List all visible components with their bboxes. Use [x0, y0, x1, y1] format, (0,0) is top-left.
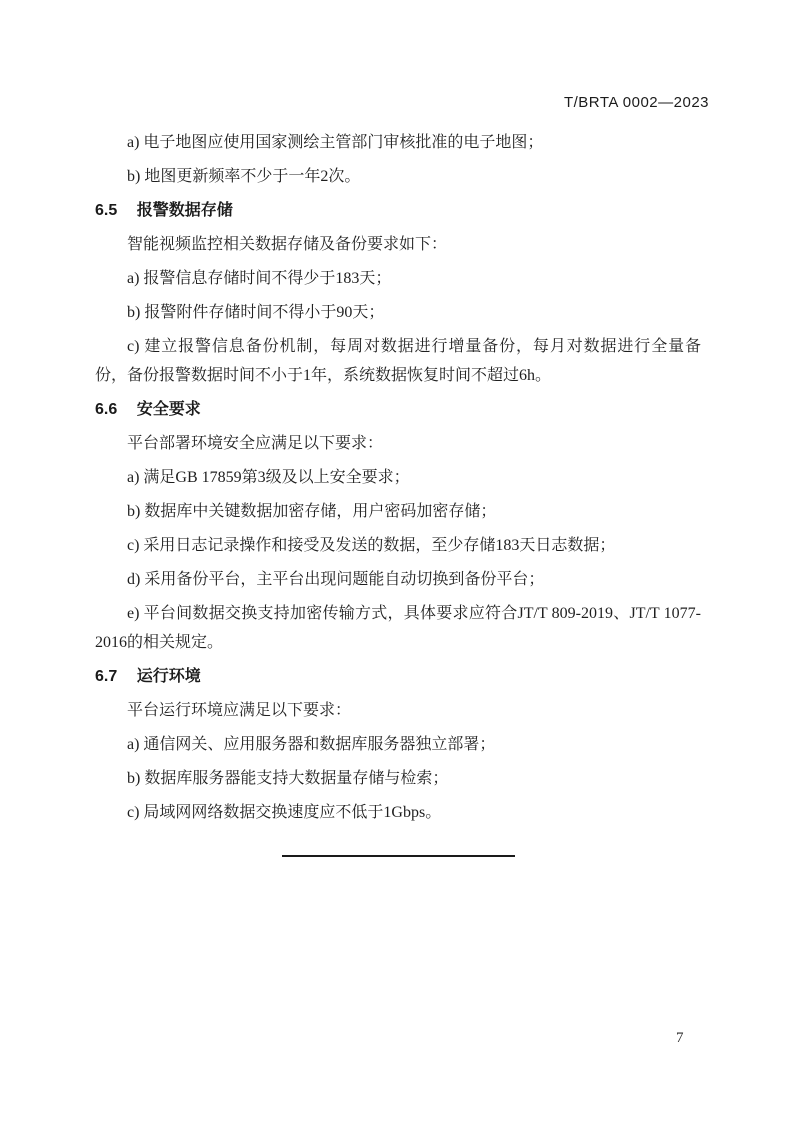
section-number: 6.5 [95, 202, 117, 219]
list-item-d: d) 采用备份平台，主平台出现问题能自动切换到备份平台； [95, 565, 701, 594]
section-title: 安全要求 [137, 401, 201, 418]
paragraph-intro: 平台部署环境安全应满足以下要求： [95, 429, 701, 458]
paragraph-intro: 智能视频监控相关数据存储及备份要求如下： [95, 230, 701, 259]
continuation-item-b: b) 地图更新频率不少于一年2次。 [95, 162, 701, 191]
page-number: 7 [676, 1028, 684, 1048]
list-item-c: c) 建立报警信息备份机制，每周对数据进行增量备份，每月对数据进行全量备份，备份… [95, 332, 701, 390]
list-item-b: b) 数据库中关键数据加密存储，用户密码加密存储； [95, 497, 701, 526]
list-item-a: a) 通信网关、应用服务器和数据库服务器独立部署； [95, 730, 701, 759]
section-heading-6-5: 6.5 报警数据存储 [95, 196, 701, 225]
paragraph-intro: 平台运行环境应满足以下要求： [95, 696, 701, 725]
continuation-item-a: a) 电子地图应使用国家测绘主管部门审核批准的电子地图； [95, 128, 701, 157]
list-item-a: a) 报警信息存储时间不得少于183天； [95, 264, 701, 293]
section-title: 报警数据存储 [137, 202, 233, 219]
section-heading-6-6: 6.6 安全要求 [95, 395, 701, 424]
list-item-c: c) 局域网网络数据交换速度应不低于1Gbps。 [95, 798, 701, 827]
document-body: a) 电子地图应使用国家测绘主管部门审核批准的电子地图； b) 地图更新频率不少… [95, 128, 701, 857]
list-item-b: b) 数据库服务器能支持大数据量存储与检索； [95, 764, 701, 793]
list-item-c: c) 采用日志记录操作和接受及发送的数据，至少存储183天日志数据； [95, 531, 701, 560]
section-number: 6.6 [95, 401, 117, 418]
list-item-e: e) 平台间数据交换支持加密传输方式，具体要求应符合JT/T 809-2019、… [95, 599, 701, 657]
section-title: 运行环境 [137, 668, 201, 685]
section-number: 6.7 [95, 668, 117, 685]
list-item-b: b) 报警附件存储时间不得小于90天； [95, 298, 701, 327]
section-heading-6-7: 6.7 运行环境 [95, 662, 701, 691]
standard-number-header: T/BRTA 0002—2023 [95, 94, 709, 112]
list-item-a: a) 满足GB 17859第3级及以上安全要求； [95, 463, 701, 492]
end-of-text-line [282, 855, 515, 857]
document-page: T/BRTA 0002—2023 a) 电子地图应使用国家测绘主管部门审核批准的… [0, 0, 794, 1123]
